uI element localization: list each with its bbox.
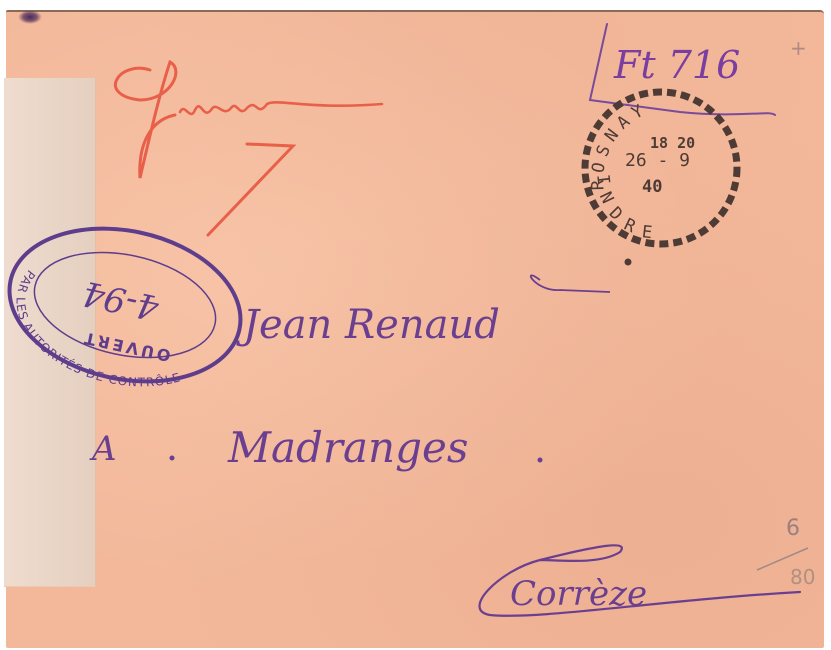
svg-text:Jean Renaud: Jean Renaud xyxy=(236,302,500,348)
svg-text:+: + xyxy=(790,36,807,60)
svg-text:Corrèze: Corrèze xyxy=(510,574,647,614)
address-line-2: A Madranges xyxy=(89,423,543,472)
pencil-fraction: 6 80 xyxy=(757,516,815,589)
svg-text:OUVERT: OUVERT xyxy=(80,328,172,365)
svg-text:Ft 716: Ft 716 xyxy=(613,43,740,87)
address-line-1: Jean Renaud xyxy=(236,275,610,348)
svg-text:6: 6 xyxy=(786,516,800,541)
svg-text:Madranges: Madranges xyxy=(227,423,468,472)
svg-text:A: A xyxy=(89,429,117,469)
svg-text:4-94: 4-94 xyxy=(79,273,163,328)
svg-text:40: 40 xyxy=(642,177,662,197)
red-pencil-note: Guichet xyxy=(0,0,382,178)
svg-text:80: 80 xyxy=(790,565,815,589)
postmark: ROSNAY INDRE 18 20 26 - 9 40 xyxy=(585,92,737,266)
svg-text:26 - 9: 26 - 9 xyxy=(625,150,690,171)
pencil-plus-mark: + xyxy=(790,36,807,60)
envelope-markings: Guichet Ft 716 + ROSNAY INDRE 18 20 26 -… xyxy=(0,0,831,650)
address-line-3: Corrèze xyxy=(480,545,800,615)
red-pencil-number xyxy=(208,144,293,235)
censor-stamp: PAR LES AUTORITÉS DE CONTRÔLE OUVERT 4-9… xyxy=(0,208,255,410)
